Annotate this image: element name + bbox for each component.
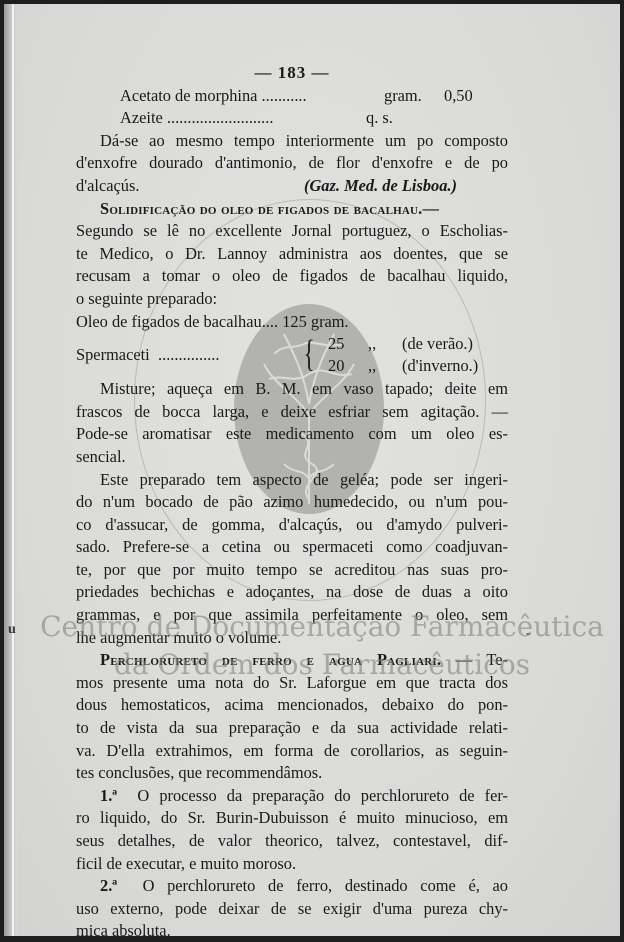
- recipe-value: 20: [328, 355, 344, 378]
- scanned-page: u - — 183 — Acetato de morphina ........…: [4, 4, 620, 936]
- conclusion-line: 2.ª O perchlorureto de ferro, destinado …: [76, 875, 508, 898]
- paragraph-text: O processo da preparação do perchloruret…: [137, 786, 508, 805]
- citation: (Gaz. Med. de Lisboa.): [304, 175, 457, 198]
- ditto-mark: ,,: [368, 355, 376, 378]
- recipe-item: Spermaceti: [76, 344, 150, 367]
- paragraph-line: sado. Prefere-se a cetina ou spermaceti …: [76, 536, 508, 559]
- watermark-line-1: Centro de Documentação Farmacêutica: [32, 608, 612, 646]
- paragraph-line: sencial.: [76, 446, 508, 469]
- recipe-value: 125 gram.: [282, 312, 348, 331]
- brace-icon: {: [304, 335, 315, 373]
- paragraph-line: d'alcaçús. (Gaz. Med. de Lisboa.): [76, 175, 508, 198]
- paragraph-line: Misture; aqueça em B. M. em vaso tapado;…: [76, 378, 508, 401]
- page-text: — 183 — Acetato de morphina ........... …: [76, 62, 508, 936]
- paragraph-text: d'alcaçús.: [76, 176, 139, 195]
- watermark-text: Centro de Documentação Farmacêutica da O…: [32, 608, 612, 684]
- conclusion-number: 1.ª: [100, 786, 117, 805]
- paragraph-line: ro liquido, do Sr. Burin-Dubuisson é mui…: [76, 807, 508, 830]
- recipe-line: Azeite .......................... q. s.: [76, 107, 508, 130]
- left-margin-mark: u: [8, 622, 16, 638]
- leader-dots: ..........................: [163, 108, 274, 127]
- book-spine-shadow: [4, 4, 18, 936]
- spermaceti-block: Spermaceti ............... { 25 ,, (de v…: [76, 333, 508, 378]
- recipe-item: Acetato de morphina: [120, 86, 257, 105]
- paragraph-text: O perchlorureto de ferro, destinado come…: [143, 876, 508, 895]
- paragraph-line: frascos de bocca larga, e deixe esfriar …: [76, 401, 508, 424]
- paragraph-line: uso externo, pode deixar de se exigir d'…: [76, 898, 508, 921]
- paragraph-line: mica absoluta.: [76, 920, 508, 936]
- section-heading: Solidificação do oleo de figados de baca…: [76, 198, 508, 221]
- conclusion-number: 2.ª: [100, 876, 117, 895]
- paragraph-line: priedades bechichas e adoçantes, na dose…: [76, 581, 508, 604]
- paragraph-line: do n'um bocado de pão azimo humedecido, …: [76, 491, 508, 514]
- watermark-line-2: da Ordem dos Farmacêuticos: [32, 646, 612, 684]
- paragraph-line: to de vista da sua preparação e da sua a…: [76, 717, 508, 740]
- recipe-item: Azeite: [120, 108, 163, 127]
- paragraph-line: co d'assucar, de gomma, d'alcaçús, ou d'…: [76, 514, 508, 537]
- paragraph-line: dous hemostaticos, acima mencionados, de…: [76, 694, 508, 717]
- recipe-line: Acetato de morphina ........... gram. 0,…: [76, 85, 508, 108]
- recipe-unit: gram.: [384, 85, 422, 108]
- paragraph-line: ficil de executar, e muito moroso.: [76, 853, 508, 876]
- paragraph-line: Pode-se aromatisar este medicamento com …: [76, 423, 508, 446]
- recipe-unit: q. s.: [366, 107, 393, 130]
- paragraph-line: seus detalhes, de valor theorico, talvez…: [76, 830, 508, 853]
- recipe-line: Oleo de figados de bacalhau.... 125 gram…: [76, 311, 508, 334]
- recipe-item: Oleo de figados de bacalhau: [76, 312, 262, 331]
- page-number: — 183 —: [76, 62, 508, 85]
- leader-dots: ...............: [158, 344, 219, 367]
- paragraph-line: recusam a tomar o oleo de figados de bac…: [76, 265, 508, 288]
- paragraph-line: tes conclusões, que recommendâmos.: [76, 762, 508, 785]
- recipe-note: (d'inverno.): [402, 355, 478, 378]
- paragraph-line: d'enxofre dourado d'antimonio, de flor d…: [76, 152, 508, 175]
- recipe-value: 0,50: [444, 85, 473, 108]
- leader-dots: ....: [262, 312, 278, 331]
- paragraph-line: Este preparado tem aspecto de geléa; pod…: [76, 469, 508, 492]
- paragraph-line: te, por que por muito tempo se acreditou…: [76, 559, 508, 582]
- recipe-note: (de verão.): [402, 333, 473, 356]
- paragraph-line: va. D'ella extrahimos, em forma de corol…: [76, 740, 508, 763]
- recipe-value: 25: [328, 333, 344, 356]
- ditto-mark: ,,: [368, 333, 376, 356]
- paragraph-line: Dá-se ao mesmo tempo interiormente um po…: [76, 130, 508, 153]
- leader-dots: ...........: [257, 86, 306, 105]
- book-spine-edge: [12, 4, 14, 936]
- paragraph-line: te Medico, o Dr. Lannoy administra aos d…: [76, 243, 508, 266]
- paragraph-line: o seguinte preparado:: [76, 288, 508, 311]
- conclusion-line: 1.ª O processo da preparação do perchlor…: [76, 785, 508, 808]
- paragraph-line: Segundo se lê no excellente Jornal portu…: [76, 220, 508, 243]
